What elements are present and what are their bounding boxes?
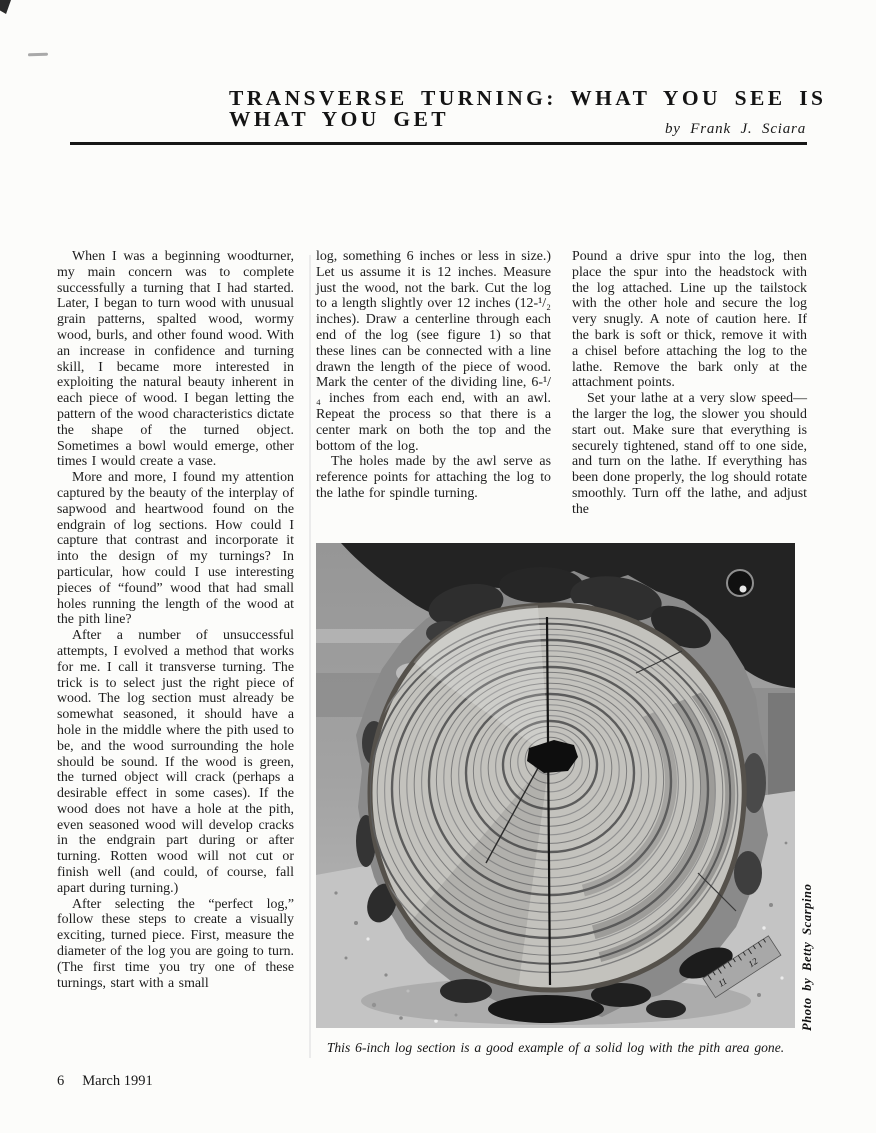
bowl-highlight-ring	[727, 570, 753, 596]
log-endgrain-illustration: 11 12	[316, 543, 795, 1028]
scan-dash-artifact	[28, 53, 48, 57]
backdrop-light-band	[316, 629, 416, 643]
column-gutter-shadow	[309, 255, 311, 1058]
photo-caption: This 6-inch log section is a good exampl…	[316, 1040, 795, 1056]
article-column-2: log, something 6 inches or less in size.…	[316, 249, 551, 502]
paragraph: Set your lathe at a very slow speed—the …	[572, 391, 807, 517]
issue-date: March 1991	[82, 1073, 152, 1089]
paragraph: After a number of unsuccessful attempts,…	[57, 628, 294, 897]
log-endgrain-photo: 11 12	[316, 543, 795, 1028]
article-column-1: When I was a beginning woodturner, my ma…	[57, 249, 294, 991]
paragraph: More and more, I found my attention capt…	[57, 470, 294, 628]
paragraph: After selecting the “perfect log,” follo…	[57, 897, 294, 992]
paragraph: When I was a beginning woodturner, my ma…	[57, 249, 294, 470]
bowl-highlight-dot	[740, 586, 747, 593]
page-footer: 6March 1991	[57, 1073, 153, 1090]
page-number: 6	[57, 1073, 64, 1089]
paragraph: The holes made by the awl serve as refer…	[316, 454, 551, 501]
header-rule	[70, 142, 807, 145]
magazine-page: TRANSVERSE TURNING: WHAT YOU SEE IS WHAT…	[0, 0, 876, 1133]
scan-corner-artifact	[0, 0, 11, 14]
byline: by Frank J. Sciara	[665, 121, 806, 138]
paragraph: Pound a drive spur into the log, then pl…	[572, 249, 807, 391]
article-column-3: Pound a drive spur into the log, then pl…	[572, 249, 807, 518]
paragraph: log, something 6 inches or less in size.…	[316, 249, 551, 454]
title-line-1: TRANSVERSE TURNING: WHAT YOU SEE IS	[229, 88, 809, 109]
photo-credit: Photo by Betty Scarpino	[800, 884, 815, 1031]
